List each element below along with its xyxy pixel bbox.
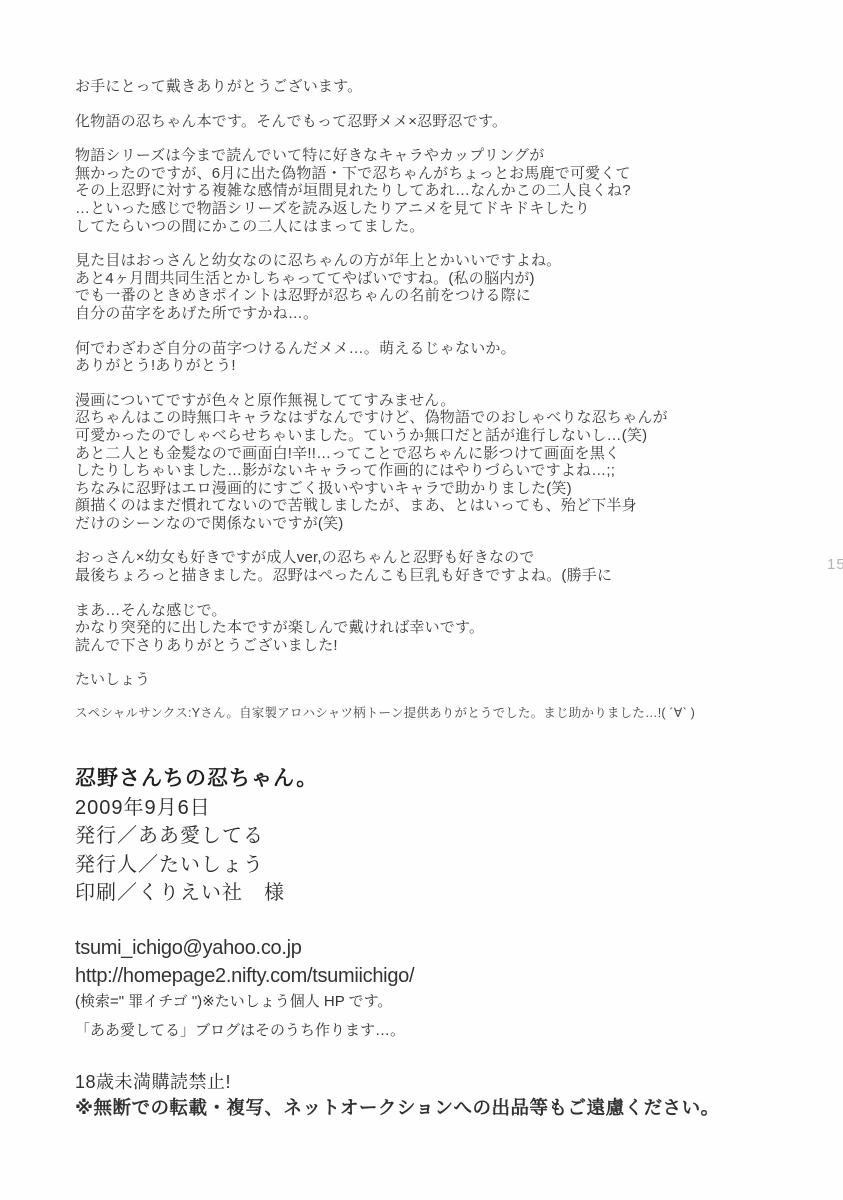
publisher-person: 発行人／たいしょう	[75, 851, 735, 880]
afterword-paragraph-3: 物語シリーズは今まで読んでいて特に好きなキャラやカップリングが 無かったのですが…	[75, 147, 735, 235]
afterword-paragraph-2: 化物語の忍ちゃん本です。そんでもって忍野メメ×忍野忍です。	[75, 113, 735, 131]
homepage-url: http://homepage2.nifty.com/tsumiichigo/	[75, 962, 735, 990]
author-signature: たいしょう	[75, 671, 735, 689]
afterword-paragraph-4: 見た目はおっさんと幼女なのに忍ちゃんの方が年上とかいいですよね。 あと4ヶ月間共…	[75, 252, 735, 322]
page-number: 15	[827, 556, 843, 573]
scanned-page: お手にとって戴きありがとうございます。 化物語の忍ちゃん本です。そんでもって忍野…	[0, 0, 843, 1200]
special-thanks-note: スペシャルサンクス:Yさん。自家製アロハシャツ柄トーン提供ありがとうでした。まじ…	[75, 706, 735, 721]
search-hint-note: (検索=" 罪イチゴ ")※たいしょう個人 HP です。	[75, 992, 735, 1012]
publisher-circle: 発行／ああ愛してる	[75, 822, 735, 851]
afterword-paragraph-7: おっさん×幼女も好きですが成人ver,の忍ちゃんと忍野も好きなので 最後ちょろっ…	[75, 549, 735, 584]
notice-block: 18歳未満購読禁止! ※無断での転載・複写、ネットオークションへの出品等もご遠慮…	[75, 1069, 735, 1121]
afterword-paragraph-6: 漫画についてですが色々と原作無視しててすみません。 忍ちゃんはこの時無口キャラな…	[75, 392, 735, 533]
no-reproduction-notice: ※無断での転載・複写、ネットオークションへの出品等もご遠慮ください。	[75, 1095, 735, 1121]
age-restriction-notice: 18歳未満購読禁止!	[75, 1069, 735, 1095]
afterword-paragraph-1: お手にとって戴きありがとうございます。	[75, 78, 735, 96]
blog-note: 「ああ愛してる」ブログはそのうち作ります…。	[75, 1021, 735, 1041]
printer: 印刷／くりえい社 様	[75, 879, 735, 908]
colophon-block: 忍野さんちの忍ちゃん。 2009年9月6日 発行／ああ愛してる 発行人／たいしょ…	[75, 765, 735, 908]
contact-block: tsumi_ichigo@yahoo.co.jp http://homepage…	[75, 934, 735, 1041]
book-title: 忍野さんちの忍ちゃん。	[75, 765, 735, 794]
afterword-text-block: お手にとって戴きありがとうございます。 化物語の忍ちゃん本です。そんでもって忍野…	[75, 78, 735, 1121]
afterword-paragraph-8: まあ…そんな感じで。 かなり突発的に出した本ですが楽しんで戴ければ幸いです。 読…	[75, 602, 735, 655]
afterword-paragraph-5: 何でわざわざ自分の苗字つけるんだメメ…。萌えるじゃないか。 ありがとう!ありがと…	[75, 340, 735, 375]
contact-email: tsumi_ichigo@yahoo.co.jp	[75, 934, 735, 962]
publication-date: 2009年9月6日	[75, 794, 735, 823]
